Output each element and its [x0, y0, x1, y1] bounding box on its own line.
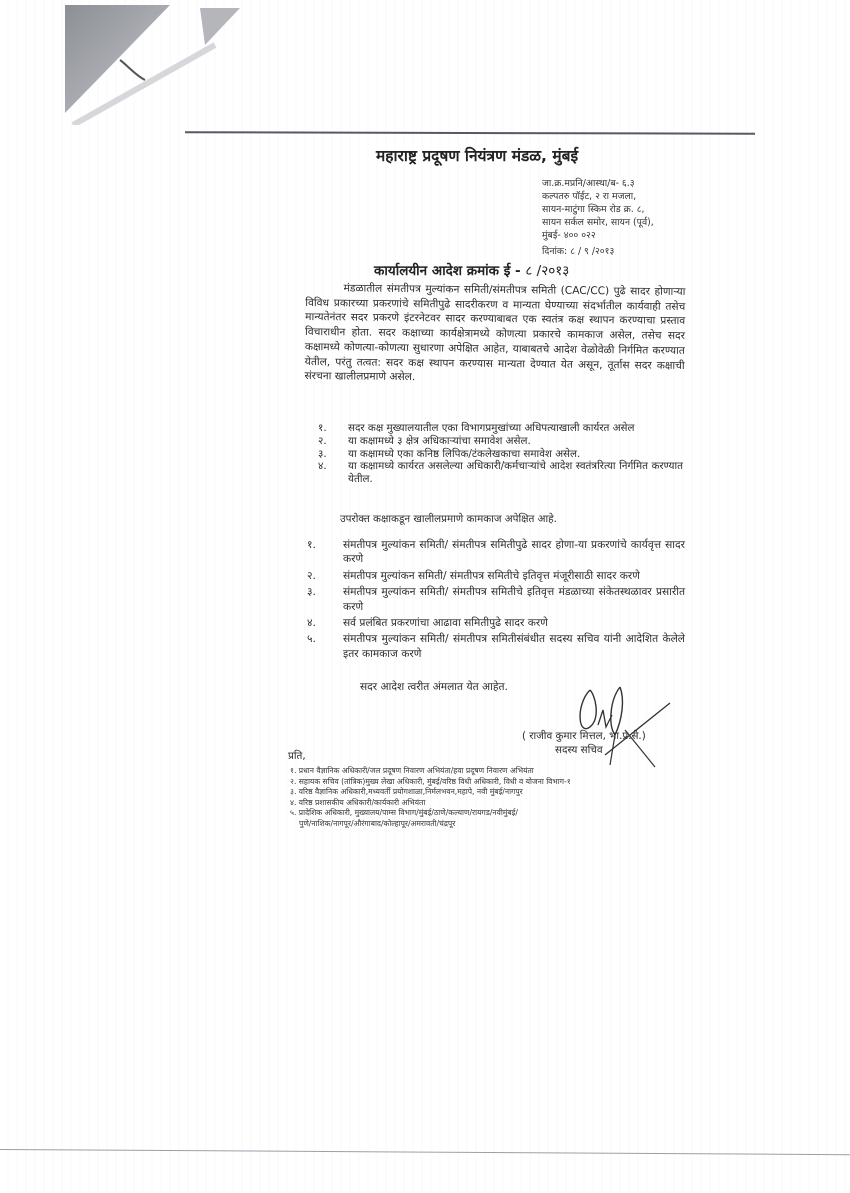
- order-title: कार्यालयीन आदेश क्रमांक ई - ८ /२०१३: [374, 261, 569, 279]
- folded-corner-artifact: [65, 5, 255, 125]
- distribution-list: १. प्रधान वैज्ञानिक अधिकारी/जल प्रदूषण न…: [290, 766, 710, 829]
- handwritten-signature: [570, 685, 680, 770]
- item-number: १.: [307, 538, 343, 567]
- address-line: कल्पतरु पॉईट, २ रा मजला,: [542, 190, 654, 203]
- list-item: १. सदर कक्ष मुख्यालयातील एका विभागप्रमुख…: [318, 422, 683, 435]
- list-item: ४. या कक्षामध्ये कार्यरत असलेल्या अधिकार…: [318, 460, 683, 486]
- effective-statement: सदर आदेश त्वरीत अंमलात येत आहेत.: [360, 680, 508, 694]
- item-number: ३.: [318, 448, 348, 461]
- item-text: संमतीपत्र मुल्यांकन समिती/ संमतीपत्र समि…: [343, 585, 685, 614]
- distribution-item: ४. वरिष्ठ प्रशासकीय अधिकारी/कार्यकारी अभ…: [290, 798, 710, 809]
- address-line: सायन सर्कल समोर, सायन (पूर्व),: [542, 216, 654, 229]
- list-item: १. संमतीपत्र मुल्यांकन समिती/ संमतीपत्र …: [307, 538, 685, 567]
- item-text: सर्व प्रलंबित प्रकरणांचा आढावा समितीपुढे…: [343, 616, 685, 630]
- organization-name: महाराष्ट्र प्रदूषण नियंत्रण मंडळ, मुंबई: [376, 144, 578, 166]
- distribution-item: १. प्रधान वैज्ञानिक अधिकारी/जल प्रदूषण न…: [290, 766, 710, 777]
- list-item: ३. संमतीपत्र मुल्यांकन समिती/ संमतीपत्र …: [307, 585, 685, 614]
- signatory-designation: सदस्य सचिव: [555, 743, 603, 757]
- distribution-item: ३. वरिष्ठ वैज्ञानिक अधिकारी,मध्यवर्ती प्…: [290, 787, 710, 798]
- list-item: २. या कक्षामध्ये ३ क्षेत्र अधिकाऱ्यांचा …: [318, 435, 683, 448]
- address-line: सायन-माटुंगा स्किम रोड क्र. ८,: [542, 203, 654, 216]
- item-text: या कक्षामध्ये ३ क्षेत्र अधिकाऱ्यांचा समा…: [348, 435, 683, 448]
- order-number: ८ /२०१३: [525, 263, 569, 279]
- address-block: जा.क्र.मप्रनि/आस्था/ब- ६.३ कल्पतरु पॉईट,…: [542, 177, 654, 258]
- list-item: २. संमतीपत्र मुल्यांकन समिती/ संमतीपत्र …: [307, 569, 685, 583]
- header-rule: [185, 131, 755, 134]
- item-number: ४.: [318, 460, 348, 486]
- duties-list: १. संमतीपत्र मुल्यांकन समिती/ संमतीपत्र …: [307, 538, 685, 663]
- distribution-item-continuation: पुणे/नाशिक/नागपूर/औरंगाबाद/कोल्हापूर/अमर…: [290, 819, 710, 830]
- body-paragraph: मंडळातील संमतीपत्र मुल्यांकन समिती/संमती…: [304, 281, 685, 388]
- address-line: मुंबई- ४०० ०२२: [542, 229, 654, 242]
- date-label: दिनांक:: [542, 246, 567, 257]
- item-text: संमतीपत्र मुल्यांकन समिती/ संमतीपत्र समि…: [343, 538, 685, 567]
- item-number: २.: [307, 569, 343, 583]
- structure-list: १. सदर कक्ष मुख्यालयातील एका विभागप्रमुख…: [318, 422, 683, 486]
- list-item: ३. या कक्षामध्ये एका कनिष्ठ लिपिक/टंकलेख…: [318, 448, 683, 461]
- duties-intro: उपरोक्त कक्षाकडून खालीलप्रमाणे कामकाज अप…: [340, 512, 557, 526]
- date-value: ८ / ९ /२०१३: [570, 246, 614, 257]
- item-number: ४.: [307, 616, 343, 630]
- item-text: सदर कक्ष मुख्यालयातील एका विभागप्रमुखांच…: [348, 422, 683, 435]
- item-number: २.: [318, 435, 348, 448]
- item-text: संमतीपत्र मुल्यांकन समिती/ संमतीपत्र समि…: [343, 569, 685, 583]
- item-text: या कक्षामध्ये कार्यरत असलेल्या अधिकारी/क…: [348, 460, 683, 486]
- item-number: ३.: [307, 585, 343, 614]
- footer-rule: [0, 1149, 850, 1155]
- list-item: ५. संमतीपत्र मुल्यांकन समिती/ संमतीपत्र …: [307, 632, 685, 661]
- item-number: ५.: [307, 632, 343, 661]
- distribution-label: प्रति,: [288, 749, 306, 763]
- date-line: दिनांक: ८ / ९ /२०१३: [542, 245, 654, 258]
- list-item: ४. सर्व प्रलंबित प्रकरणांचा आढावा समितीप…: [307, 616, 685, 630]
- item-number: १.: [318, 422, 348, 435]
- signatory-name: ( राजीव कुमार मित्तल, भा.प्र.से.): [522, 729, 646, 743]
- item-text: या कक्षामध्ये एका कनिष्ठ लिपिक/टंकलेखकाच…: [348, 448, 683, 461]
- distribution-item: २. सहायक सचिव (तांत्रिक)मुख्य लेखा अधिका…: [290, 777, 710, 788]
- order-title-text: कार्यालयीन आदेश क्रमांक ई -: [374, 263, 521, 279]
- item-text: संमतीपत्र मुल्यांकन समिती/ संमतीपत्र समि…: [343, 632, 685, 661]
- distribution-item: ५. प्रादेशिक अधिकारी, मुख्यालय/पाम्स विभ…: [290, 808, 710, 819]
- reference-number: जा.क्र.मप्रनि/आस्था/ब- ६.३: [542, 177, 654, 190]
